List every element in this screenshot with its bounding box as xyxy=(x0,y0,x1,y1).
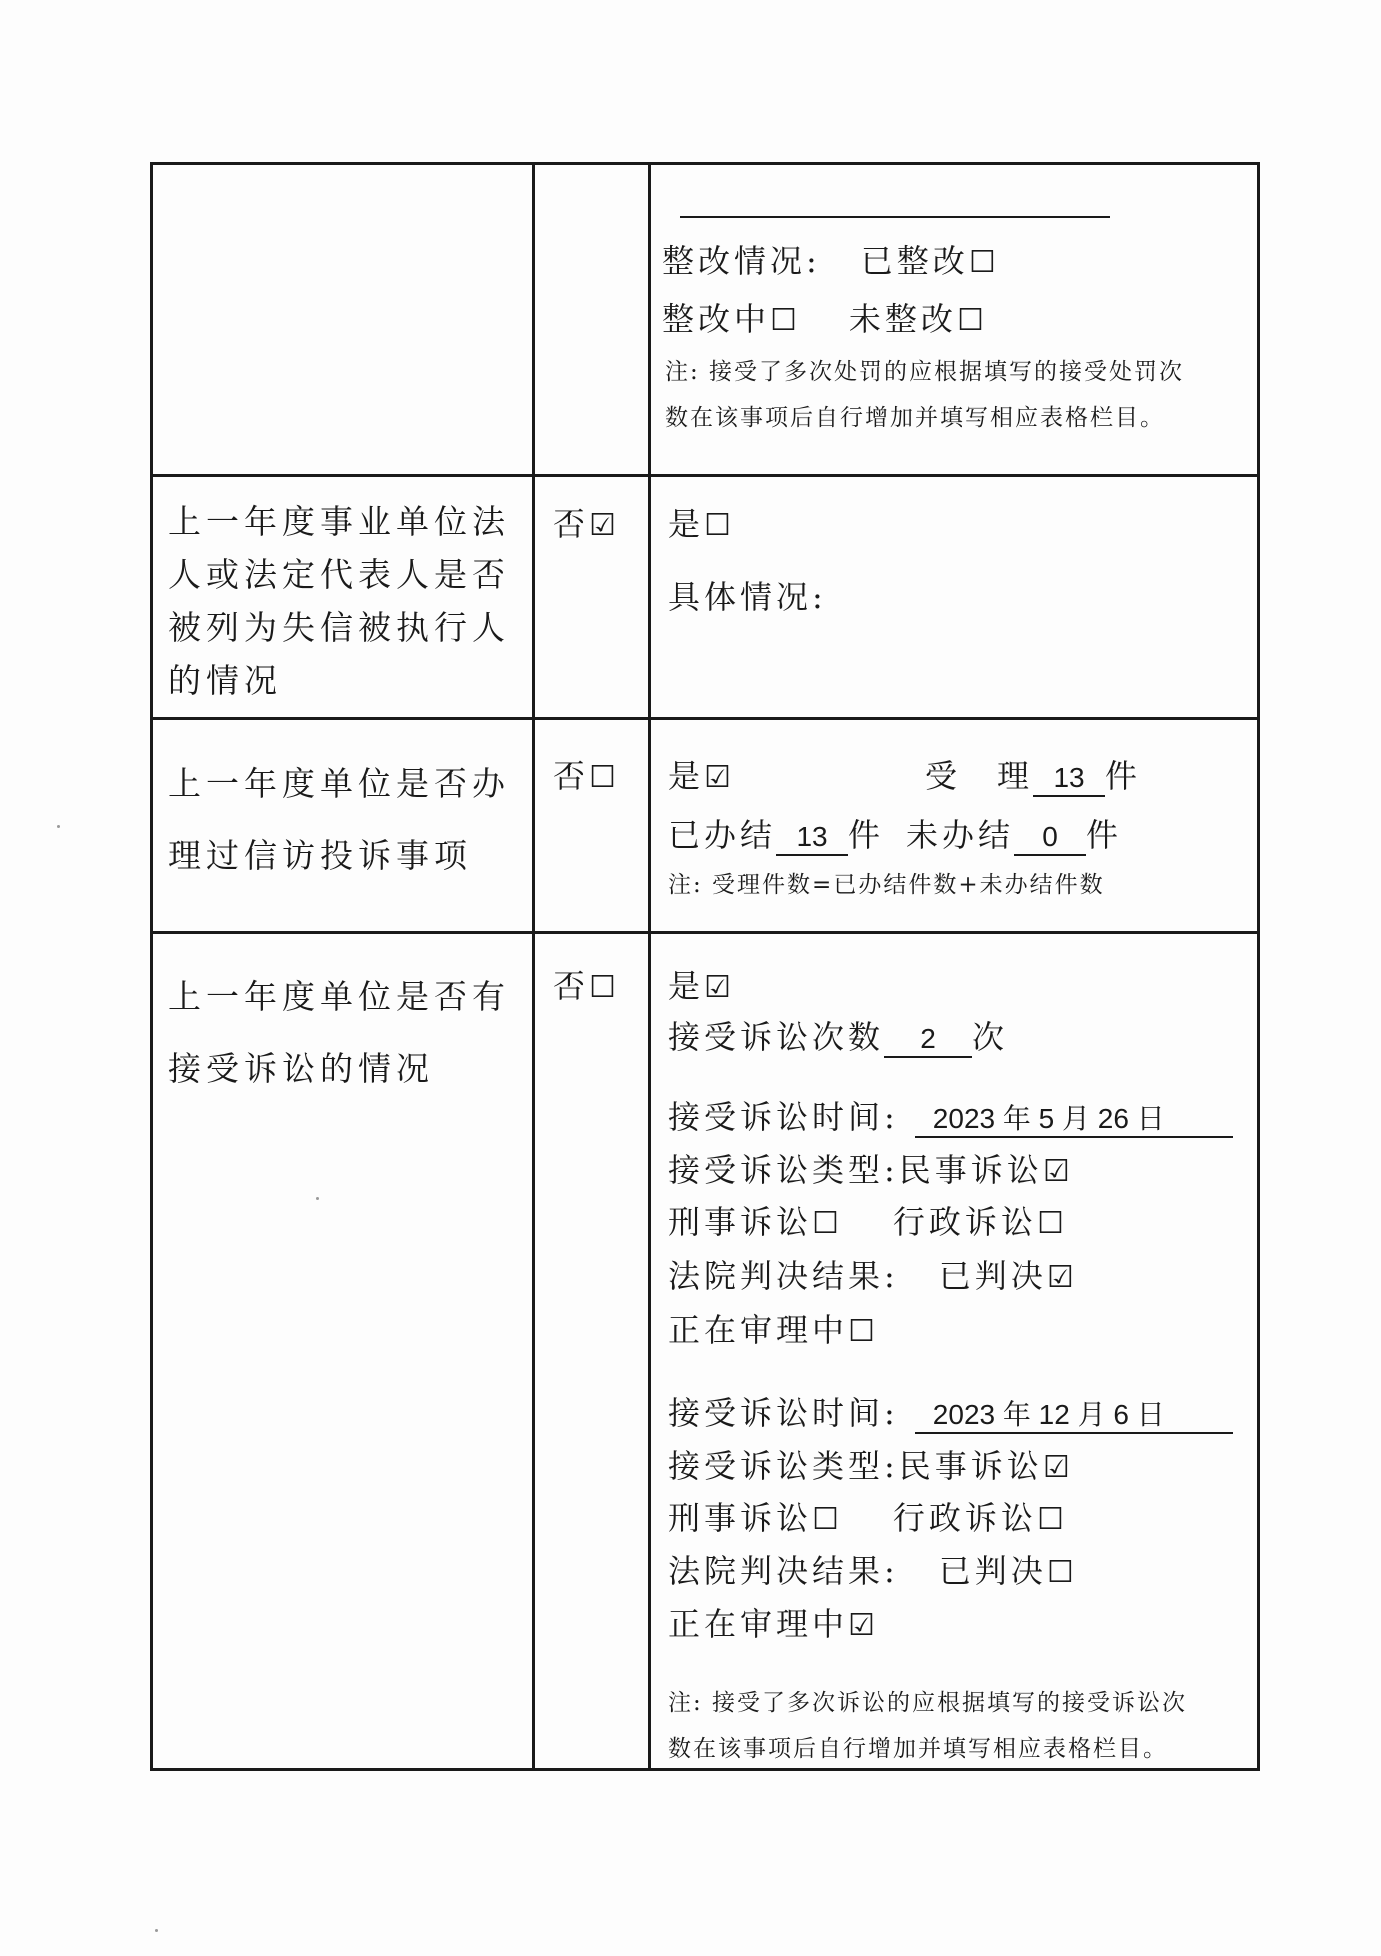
row-divider-3 xyxy=(150,931,1260,934)
blank-underline xyxy=(680,216,1110,218)
yes-label: 是 xyxy=(668,505,704,543)
civil-checkbox[interactable]: ☑ xyxy=(1043,1450,1070,1485)
pending-label: 未办结 xyxy=(906,816,1014,854)
unit-label: 件 xyxy=(848,816,884,854)
litigation-count-line: 接受诉讼次数2次 xyxy=(668,1017,1008,1058)
rectification-line-1: 整改情况:已整改☐ xyxy=(662,241,996,283)
row-question: 上一年度事业单位法人或法定代表人是否被列为失信被执行人的情况 xyxy=(168,495,528,707)
criminal-label: 刑事诉讼 xyxy=(668,1499,812,1537)
case-result-line: 法院判决结果:已判决☐ xyxy=(668,1551,1074,1593)
note-text: 注: 受理件数=已办结件数+未办结件数 xyxy=(668,870,1105,900)
note-text: 注: 接受了多次处罚的应根据填写的接受处罚次 xyxy=(665,357,1184,387)
in-trial-checkbox[interactable]: ☑ xyxy=(848,1608,875,1643)
rectification-label: 整改情况: xyxy=(662,242,821,280)
yes-checkbox[interactable]: ☑ xyxy=(704,760,731,795)
case-result-line: 法院判决结果:已判决☑ xyxy=(668,1256,1074,1298)
in-trial-label: 正在审理中 xyxy=(668,1311,848,1349)
pending-value[interactable]: 0 xyxy=(1014,820,1086,856)
case-in-trial-line: 正在审理中☐ xyxy=(668,1310,875,1352)
row-divider-2 xyxy=(150,717,1260,720)
result-label: 法院判决结果: xyxy=(668,1552,899,1590)
case-date-value[interactable]: 2023 年 5 月 26 日 xyxy=(915,1102,1233,1138)
type-label: 接受诉讼类型: xyxy=(668,1151,899,1189)
no-label: 否 xyxy=(553,505,589,543)
civil-label: 民事诉讼 xyxy=(899,1151,1043,1189)
judged-checkbox[interactable]: ☑ xyxy=(1047,1260,1074,1295)
in-trial-label: 正在审理中 xyxy=(668,1605,848,1643)
case-in-trial-line: 正在审理中☑ xyxy=(668,1604,875,1646)
accepted-count: 受 理13件 xyxy=(925,756,1141,797)
time-label: 接受诉讼时间: xyxy=(668,1098,899,1136)
civil-label: 民事诉讼 xyxy=(899,1447,1043,1485)
no-checkbox[interactable]: ☐ xyxy=(589,970,616,1005)
details-label: 具体情况: xyxy=(668,577,827,617)
column-divider-1 xyxy=(532,162,535,1771)
in-trial-checkbox[interactable]: ☐ xyxy=(848,1314,875,1349)
scan-speck xyxy=(316,1197,319,1200)
criminal-checkbox[interactable]: ☐ xyxy=(812,1502,839,1537)
civil-checkbox[interactable]: ☑ xyxy=(1043,1154,1070,1189)
no-label: 否 xyxy=(553,757,589,795)
no-label: 否 xyxy=(553,967,589,1005)
count-unit: 次 xyxy=(972,1018,1008,1056)
yes-label: 是 xyxy=(668,967,704,1005)
case-type-line: 接受诉讼类型:民事诉讼☑ xyxy=(668,1150,1070,1192)
option-not-rectified-label: 未整改 xyxy=(849,300,957,338)
not-rectified-checkbox[interactable]: ☐ xyxy=(957,303,984,338)
judged-checkbox[interactable]: ☐ xyxy=(1047,1555,1074,1590)
accepted-label: 受 理 xyxy=(925,757,1033,795)
type-label: 接受诉讼类型: xyxy=(668,1447,899,1485)
unit-label: 件 xyxy=(1086,816,1122,854)
completed-label: 已办结 xyxy=(668,816,776,854)
note-text: 注: 接受了多次诉讼的应根据填写的接受诉讼次 xyxy=(668,1688,1187,1718)
row-question: 上一年度单位是否有接受诉讼的情况 xyxy=(168,961,528,1105)
row-question: 上一年度单位是否办理过信访投诉事项 xyxy=(168,748,528,892)
case-type-line-2: 刑事诉讼☐行政诉讼☐ xyxy=(668,1202,1064,1244)
judged-label: 已判决 xyxy=(939,1552,1047,1590)
yes-label: 是 xyxy=(668,757,704,795)
case-date-line: 接受诉讼时间:2023 年 12 月 6 日 xyxy=(668,1393,1233,1434)
administrative-label: 行政诉讼 xyxy=(893,1203,1037,1241)
count-value[interactable]: 2 xyxy=(884,1022,972,1058)
case-date-value[interactable]: 2023 年 12 月 6 日 xyxy=(915,1398,1233,1434)
note-text: 数在该事项后自行增加并填写相应表格栏目。 xyxy=(668,1734,1168,1764)
no-option: 否☑ xyxy=(553,504,616,546)
rectified-checkbox[interactable]: ☐ xyxy=(969,245,996,280)
administrative-checkbox[interactable]: ☐ xyxy=(1037,1502,1064,1537)
no-checkbox[interactable]: ☐ xyxy=(589,760,616,795)
judged-label: 已判决 xyxy=(939,1257,1047,1295)
scan-speck xyxy=(155,1929,158,1932)
column-divider-2 xyxy=(648,162,651,1771)
yes-checkbox[interactable]: ☐ xyxy=(704,508,731,543)
completed-pending-line: 已办结13件未办结0件 xyxy=(668,815,1122,856)
administrative-label: 行政诉讼 xyxy=(893,1499,1037,1537)
rectification-line-2: 整改中☐未整改☐ xyxy=(662,299,984,341)
case-type-line: 接受诉讼类型:民事诉讼☑ xyxy=(668,1446,1070,1488)
unit-label: 件 xyxy=(1105,757,1141,795)
accepted-value[interactable]: 13 xyxy=(1033,761,1105,797)
option-in-progress-label: 整改中 xyxy=(662,300,770,338)
criminal-label: 刑事诉讼 xyxy=(668,1203,812,1241)
option-rectified-label: 已整改 xyxy=(861,242,969,280)
no-option: 否☐ xyxy=(553,966,616,1008)
yes-option: 是☐ xyxy=(668,504,731,546)
result-label: 法院判决结果: xyxy=(668,1257,899,1295)
time-label: 接受诉讼时间: xyxy=(668,1394,899,1432)
completed-value[interactable]: 13 xyxy=(776,820,848,856)
note-text: 数在该事项后自行增加并填写相应表格栏目。 xyxy=(665,403,1165,433)
scan-speck xyxy=(57,825,60,828)
yes-checkbox[interactable]: ☑ xyxy=(704,970,731,1005)
count-label: 接受诉讼次数 xyxy=(668,1018,884,1056)
case-type-line-2: 刑事诉讼☐行政诉讼☐ xyxy=(668,1498,1064,1540)
no-option: 否☐ xyxy=(553,756,616,798)
criminal-checkbox[interactable]: ☐ xyxy=(812,1206,839,1241)
yes-option: 是☑ xyxy=(668,966,731,1008)
administrative-checkbox[interactable]: ☐ xyxy=(1037,1206,1064,1241)
case-date-line: 接受诉讼时间:2023 年 5 月 26 日 xyxy=(668,1097,1233,1138)
yes-option: 是☑ xyxy=(668,756,731,798)
row-divider-1 xyxy=(150,474,1260,477)
no-checkbox[interactable]: ☑ xyxy=(589,508,616,543)
in-progress-checkbox[interactable]: ☐ xyxy=(770,303,797,338)
